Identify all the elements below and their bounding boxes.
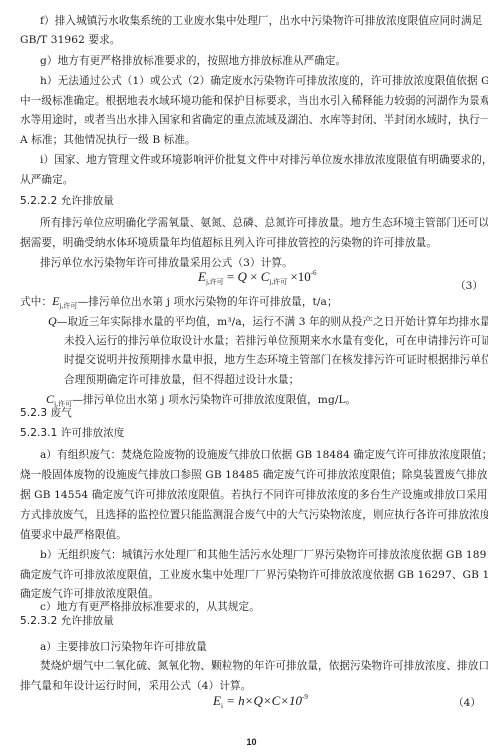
formula-3: Ej,许可 = Q × Cj,许可 ×10-6 <box>198 269 317 287</box>
section-5222-line1: 所有排污单位应明确化学需氧量、氨氮、总磷、总氮许可排放量。地方生态环境主管部门还… <box>40 216 488 230</box>
formula-3-q: Q <box>238 269 247 284</box>
section-heading-5232: 5.2.3.2 允许排放量 <box>20 614 488 628</box>
section-523-a-line4: 方式排放废气，且选择的监控位置只能监测混合废气中的大气污染物浓度，则应执行各许可… <box>20 508 488 522</box>
def-q-symbol: Q <box>48 314 57 328</box>
def-e-text: —排污单位出水第 j 项水污染物的年许可排放量，t/a； <box>78 296 338 308</box>
section-523-b-line2: 确定废气许可排放浓度限值，工业废水集中处理厂厂界污染物许可排放浓度依据 GB 1… <box>20 568 488 582</box>
formula-4-rhs: = h×Q×C×10 <box>223 693 302 708</box>
section-523-b-line3: 确定废气许可排放浓度限值。 <box>20 587 488 601</box>
section-5232-a: a）主要排放口污染物年许可排放量 <box>40 640 488 654</box>
section-5222-line3: 排污单位水污染物年许可排放量采用公式（3）计算。 <box>40 256 488 270</box>
formula-4: Ei = h×Q×C×10-9 <box>213 693 308 710</box>
section-523-a-line2: 烧一般固体废物的设施废气排放口参照 GB 18485 确定废气许可排放浓度限值；… <box>20 468 488 482</box>
def-e-symbol: Ej,许可 <box>52 294 78 308</box>
formula-3-c-sub: j,许可 <box>269 278 287 286</box>
formula-4-lhs: E <box>213 693 221 708</box>
definition-q-line2: 未投入运行的排污单位取设计水量；若排污单位预期来水水量有变化，可在申请排污许可证 <box>64 334 488 348</box>
section-523-a-line5: 值要求中最严格限值。 <box>20 528 488 542</box>
section-523-b-line1: b）无组织废气：城镇污水处理厂和其他生活污水处理厂厂界污染物许可排放浓度依据 G… <box>40 548 488 562</box>
paragraph-i-line1: i）国家、地方管理文件或环境影响评价批复文件中对排污单位废水排放浓度限值有明确要… <box>40 153 488 167</box>
paragraph-f-line1: f）排入城镇污水收集系统的工业废水集中处理厂，出水中污染物许可排放浓度限值应同时… <box>40 14 488 28</box>
where-prefix: 式中： <box>20 296 52 308</box>
section-heading-523: 5.2.3 废气 <box>20 406 488 420</box>
formula-3-times2: ×10 <box>287 269 311 284</box>
equation-number-4: （4） <box>453 695 481 710</box>
section-523-a-line3: 据 GB 14554 确定废气许可排放浓度限值。若执行不同许可排放浓度的多台生产… <box>20 488 488 502</box>
section-5232-line2: 焚烧炉烟气中二氧化硫、氮氧化物、颗粒物的年许可排放量，依据污染物许可排放浓度、排… <box>40 659 488 673</box>
paragraph-g: g）地方有更严格排放标准要求的，按照地方排放标准从严确定。 <box>40 54 488 68</box>
section-5222-line2: 据需要，明确受纳水体环境质量年均值超标且列入许可排放管控的污染物的许可排放量。 <box>20 236 488 250</box>
def-q-text: —取近三年实际排水量的平均值，m³/a，运行不满 3 年的则从投产之日开始计算年… <box>57 316 488 328</box>
def-c-text: —排污单位出水第 j 项水污染物许可排放浓度限值，mg/L。 <box>72 394 356 406</box>
formula-3-lhs-sub: j,许可 <box>206 278 224 286</box>
def-c-symbol: Cj,许可 <box>46 392 72 406</box>
paragraph-h-line3: 水等用途时，或者当出水排入国家和省确定的重点流域及湖泊、水库等封闭、半封闭水域时… <box>20 113 488 127</box>
paragraph-f-line2: GB/T 31962 要求。 <box>20 33 488 47</box>
document-page: f）排入城镇污水收集系统的工业废水集中处理厂，出水中污染物许可排放浓度限值应同时… <box>0 0 503 754</box>
formula-3-exp: -6 <box>311 269 317 277</box>
paragraph-h-line4: A 标准；其他情况执行一级 B 标准。 <box>20 133 488 147</box>
definition-q-line4: 合理预期确定许可排放量，但不得超过设计水量； <box>64 373 488 387</box>
equation-number-3: （3） <box>455 278 483 293</box>
formula-3-times1: × <box>247 269 261 284</box>
def-c-letter: C <box>46 392 54 406</box>
paragraph-h-line1: h）无法通过公式（1）或公式（2）确定废水污染物许可排放浓度的，许可排放浓度限值… <box>40 74 488 88</box>
section-523-c: c）地方有更严格排放标准要求的，从其规定。 <box>40 600 488 614</box>
formula-4-exp: -9 <box>302 693 308 701</box>
section-5232-line3: 排气量和年设计运行时间，采用公式（4）计算。 <box>20 679 488 693</box>
def-e-letter: E <box>52 294 59 308</box>
definition-q-line3: 时提交说明并按预期排水量申报，地方生态环境主管部门在核发排污许可证时根据排污单位 <box>64 353 488 367</box>
section-523-a-line1: a）有组织废气：焚烧危险废物的设施废气排放口依据 GB 18484 确定废气许可… <box>40 448 488 462</box>
paragraph-h-line2: 中一级标准确定。根据地表水域环境功能和保护目标要求，当出水引入稀释能力较弱的河湖… <box>20 94 488 108</box>
definition-q-line1: Q—取近三年实际排水量的平均值，m³/a，运行不满 3 年的则从投产之日开始计算… <box>48 314 488 329</box>
def-e-sub: j,许可 <box>60 302 78 310</box>
formula-3-eq: = <box>224 269 238 284</box>
section-heading-5231: 5.2.3.1 许可排放浓度 <box>20 426 488 440</box>
formula-3-lhs: E <box>198 269 206 284</box>
paragraph-i-line2: 从严确定。 <box>20 173 488 187</box>
section-heading-5222: 5.2.2.2 允许排放量 <box>20 194 488 208</box>
page-number: 10 <box>0 737 503 747</box>
definition-e: 式中：Ej,许可—排污单位出水第 j 项水污染物的年许可排放量，t/a； <box>20 294 488 313</box>
